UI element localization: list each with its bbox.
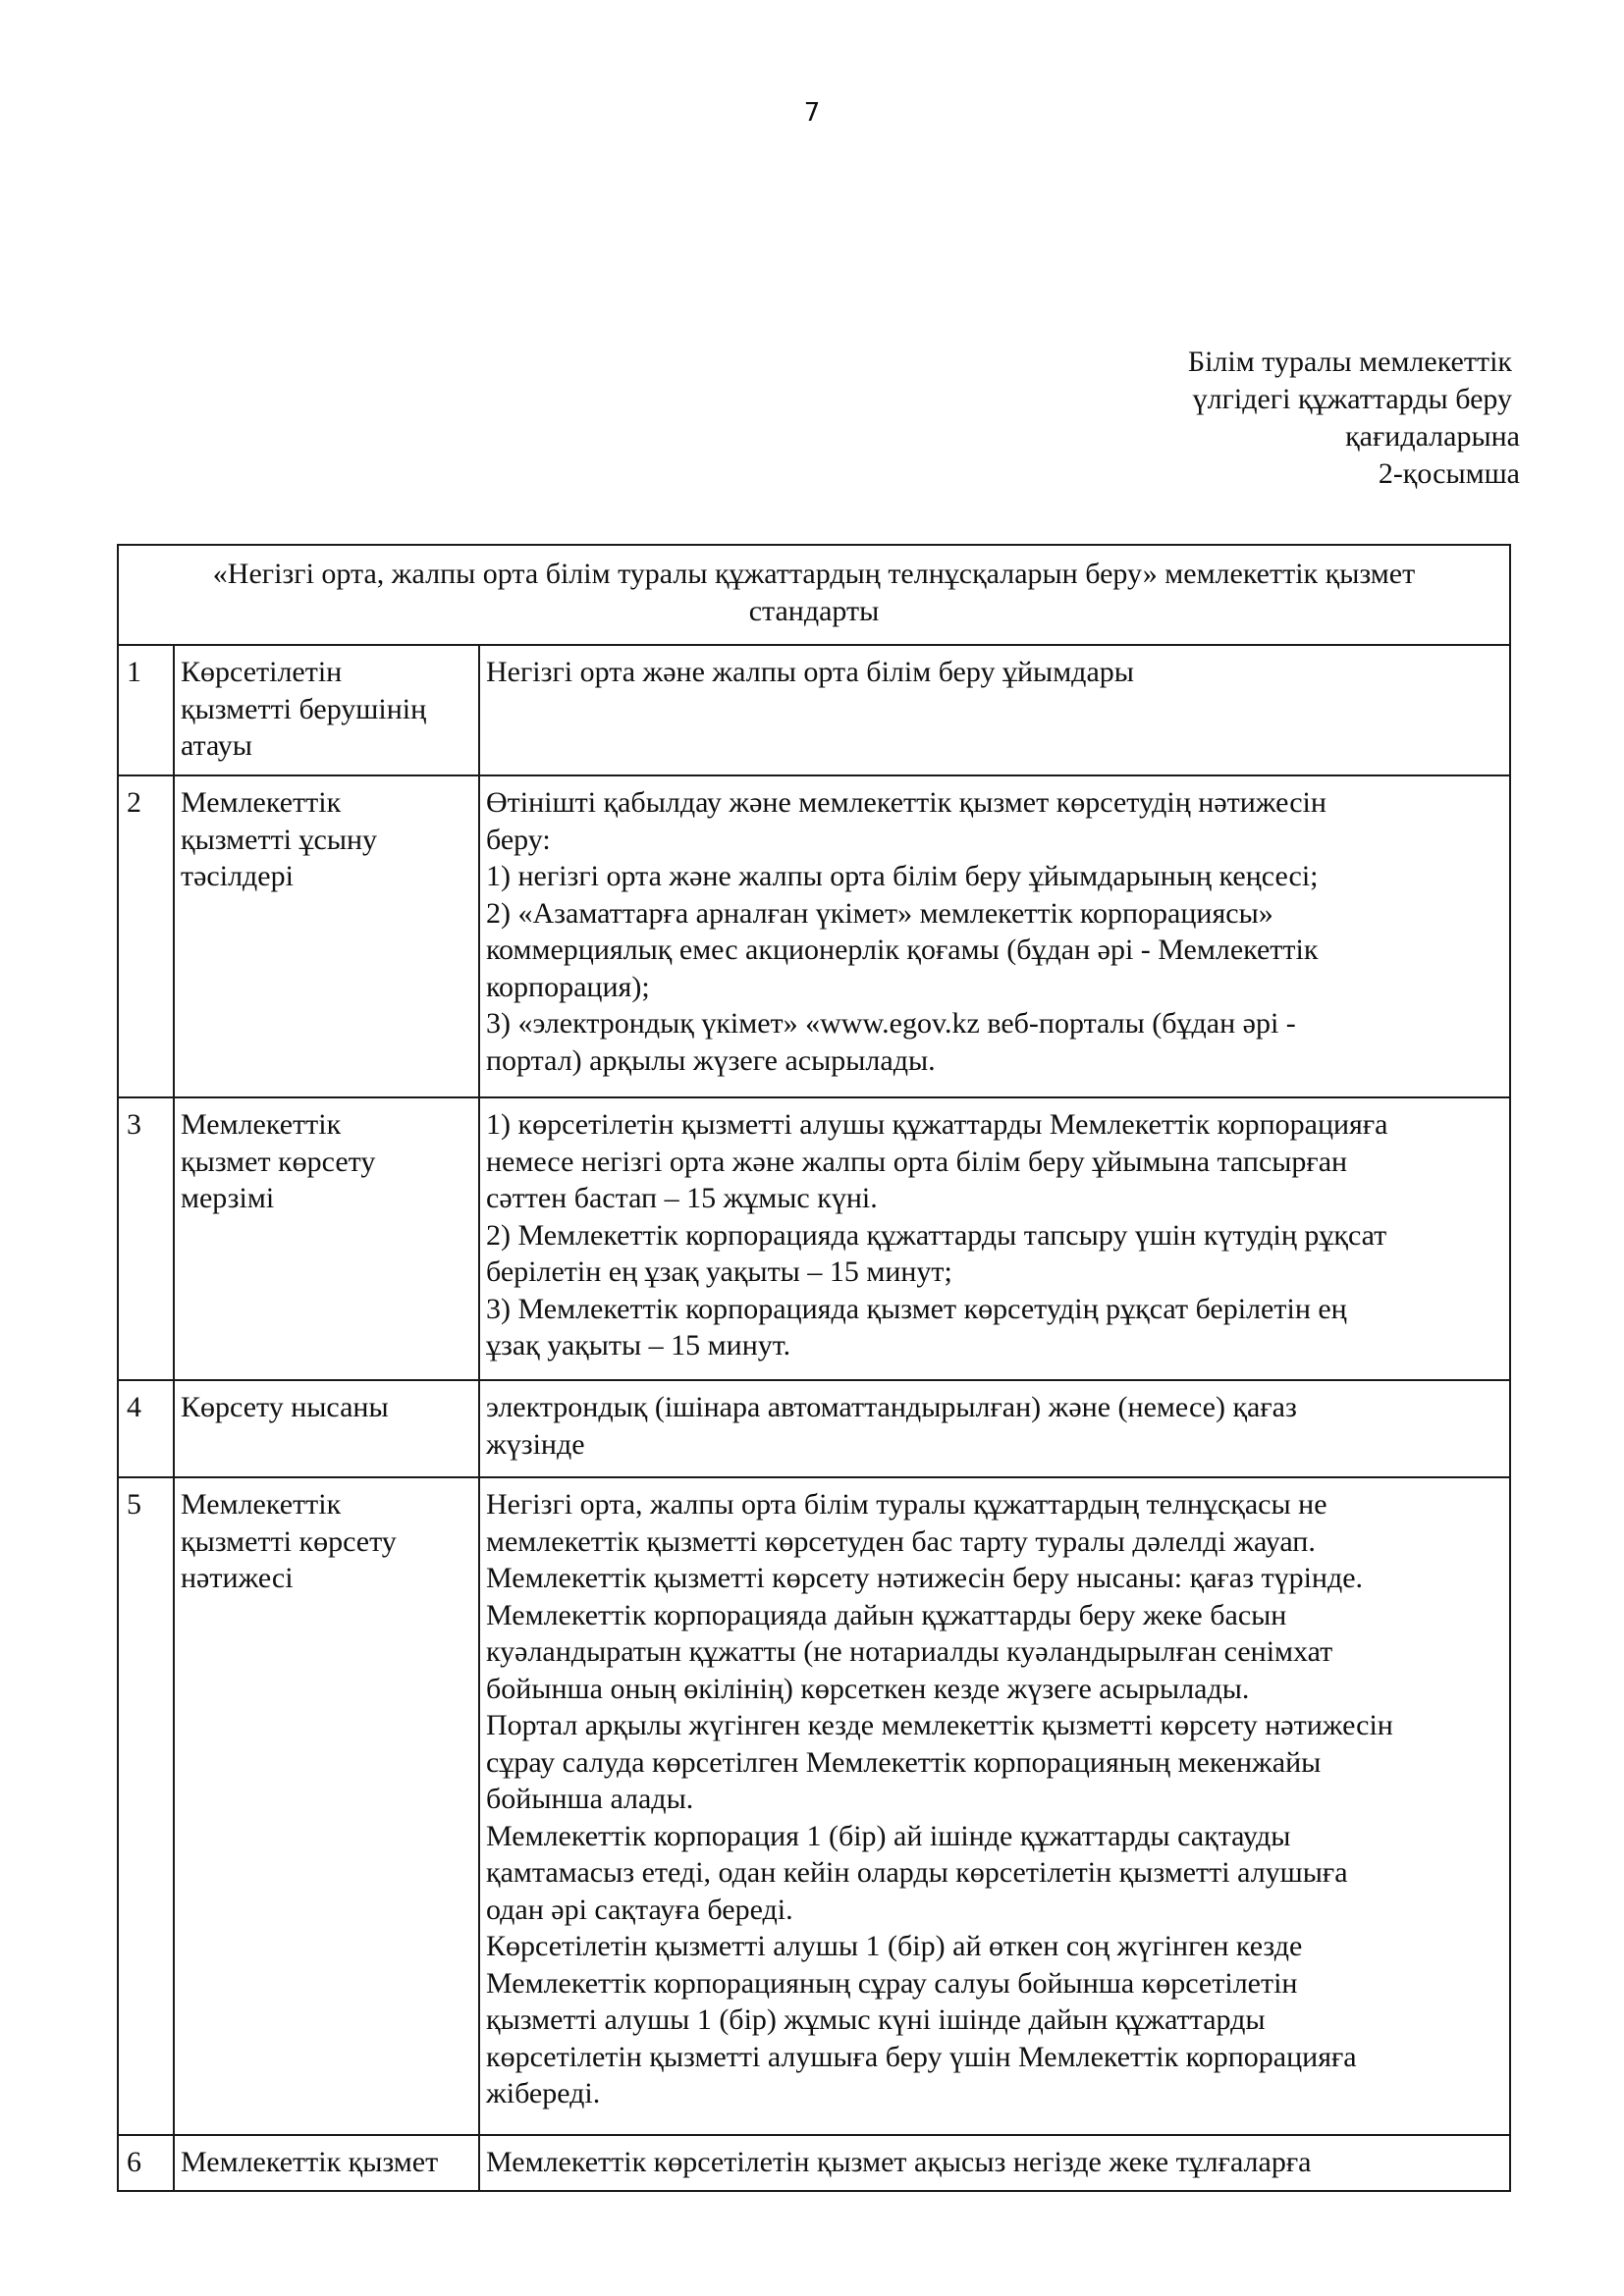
annex-line: Білім туралы мемлекеттік (931, 344, 1512, 381)
row-value-line: сәттен бастап – 15 жұмыс күні. (486, 1180, 1503, 1217)
row-label-line: Көрсетілетін (181, 654, 472, 691)
row-value: Мемлекеттік көрсетілетін қызмет ақысыз н… (479, 2135, 1510, 2191)
row-value: Өтінішті қабылдау және мемлекеттік қызме… (479, 775, 1510, 1097)
row-value-line: Негізгі орта және жалпы орта білім беру … (486, 654, 1503, 691)
row-value-line: бойынша оның өкілінің) көрсеткен кезде ж… (486, 1671, 1503, 1708)
table-title: «Негізгі орта, жалпы орта білім туралы қ… (118, 545, 1510, 645)
row-value: 1) көрсетілетін қызметті алушы құжаттард… (479, 1097, 1510, 1380)
row-value: Негізгі орта, жалпы орта білім туралы құ… (479, 1477, 1510, 2135)
row-value-line: немесе негізгі орта және жалпы орта білі… (486, 1144, 1503, 1181)
row-value-line: ұзақ уақыты – 15 минут. (486, 1327, 1503, 1364)
row-label-line: қызметті ұсыну (181, 822, 472, 859)
row-value-line: 1) негізгі орта және жалпы орта білім бе… (486, 858, 1503, 895)
row-value-line: 3) Мемлекеттік корпорацияда қызмет көрсе… (486, 1291, 1503, 1328)
table-row: 3Мемлекеттікқызмет көрсетумерзімі1) көрс… (118, 1097, 1510, 1380)
row-label-line: Мемлекеттік (181, 1106, 472, 1144)
annex-line: үлгідегі құжаттарды беру (931, 381, 1512, 418)
row-value-line: коммерциялық емес акционерлік қоғамы (бұ… (486, 932, 1503, 969)
row-label: Көрсету нысаны (174, 1380, 479, 1477)
row-number: 4 (118, 1380, 174, 1477)
row-label-line: атауы (181, 727, 472, 765)
row-value-line: мемлекеттік қызметті көрсетуден бас тарт… (486, 1523, 1503, 1561)
row-value-line: сұрау салуда көрсетілген Мемлекеттік кор… (486, 1744, 1503, 1782)
row-value: Негізгі орта және жалпы орта білім беру … (479, 645, 1510, 775)
row-label-line: мерзімі (181, 1180, 472, 1217)
row-label: Көрсетілетінқызметті берушініңатауы (174, 645, 479, 775)
table-title-line: «Негізгі орта, жалпы орта білім туралы қ… (131, 556, 1497, 593)
row-value-line: қамтамасыз етеді, одан кейін оларды көрс… (486, 1854, 1503, 1892)
row-number: 3 (118, 1097, 174, 1380)
row-value-line: Мемлекеттік корпорацияда дайын құжаттард… (486, 1597, 1503, 1634)
row-value-line: 2) Мемлекеттік корпорацияда құжаттарды т… (486, 1217, 1503, 1255)
row-value-line: одан әрі сақтауға береді. (486, 1892, 1503, 1929)
row-label-line: Мемлекеттік (181, 1486, 472, 1523)
row-value-line: бойынша алады. (486, 1781, 1503, 1818)
row-label-line: Мемлекеттік (181, 784, 472, 822)
row-number: 1 (118, 645, 174, 775)
row-value-line: жібереді. (486, 2075, 1503, 2112)
row-label-line: Мемлекеттік қызмет (181, 2144, 472, 2181)
annex-line: 2-қосымша (931, 455, 1520, 493)
row-value-line: көрсетілетін қызметті алушыға беру үшін … (486, 2039, 1503, 2076)
row-value-line: Негізгі орта, жалпы орта білім туралы құ… (486, 1486, 1503, 1523)
row-label: Мемлекеттік қызмет (174, 2135, 479, 2191)
row-value-line: электрондық (ішінара автоматтандырылған)… (486, 1389, 1503, 1426)
table-row: 2Мемлекеттікқызметті ұсынутәсілдеріӨтіні… (118, 775, 1510, 1097)
row-value-line: Мемлекеттік қызметті көрсету нәтижесін б… (486, 1560, 1503, 1597)
row-number: 5 (118, 1477, 174, 2135)
annex-reference: Білім туралы мемлекеттік үлгідегі құжатт… (931, 344, 1520, 493)
row-value-line: Өтінішті қабылдау және мемлекеттік қызме… (486, 784, 1503, 822)
service-standard-table: «Негізгі орта, жалпы орта білім туралы қ… (117, 544, 1511, 2192)
row-value-line: Мемлекеттік корпорацияның сұрау салуы бо… (486, 1965, 1503, 2002)
row-label-line: қызмет көрсету (181, 1144, 472, 1181)
row-number: 6 (118, 2135, 174, 2191)
row-value-line: Мемлекеттік көрсетілетін қызмет ақысыз н… (486, 2144, 1503, 2181)
row-label-line: тәсілдері (181, 858, 472, 895)
row-value-line: жүзінде (486, 1426, 1503, 1464)
row-label-line: қызметті берушінің (181, 691, 472, 728)
table-row: 5Мемлекеттікқызметті көрсетунәтижесіНегі… (118, 1477, 1510, 2135)
row-label-line: Көрсету нысаны (181, 1389, 472, 1426)
row-value-line: Көрсетілетін қызметті алушы 1 (бір) ай ө… (486, 1928, 1503, 1965)
row-value-line: 1) көрсетілетін қызметті алушы құжаттард… (486, 1106, 1503, 1144)
row-value-line: 2) «Азаматтарға арналған үкімет» мемлеке… (486, 895, 1503, 933)
row-value: электрондық (ішінара автоматтандырылған)… (479, 1380, 1510, 1477)
page-number: 7 (0, 98, 1624, 128)
table-title-line: стандарты (131, 593, 1497, 630)
row-label-line: нәтижесі (181, 1560, 472, 1597)
table-title-row: «Негізгі орта, жалпы орта білім туралы қ… (118, 545, 1510, 645)
row-value-line: беру: (486, 822, 1503, 859)
row-value-line: 3) «электрондық үкімет» «www.egov.kz веб… (486, 1005, 1503, 1042)
row-value-line: куәландыратын құжатты (не нотариалды куә… (486, 1633, 1503, 1671)
table-row: 4Көрсету нысаныэлектрондық (ішінара авто… (118, 1380, 1510, 1477)
row-value-line: корпорация); (486, 969, 1503, 1006)
row-label: Мемлекеттікқызметті ұсынутәсілдері (174, 775, 479, 1097)
row-value-line: Мемлекеттік корпорация 1 (бір) ай ішінде… (486, 1818, 1503, 1855)
table-row: 1Көрсетілетінқызметті берушініңатауыНегі… (118, 645, 1510, 775)
row-label: Мемлекеттікқызметті көрсетунәтижесі (174, 1477, 479, 2135)
annex-line: қағидаларына (931, 418, 1520, 455)
row-value-line: қызметті алушы 1 (бір) жұмыс күні ішінде… (486, 2002, 1503, 2039)
row-label: Мемлекеттікқызмет көрсетумерзімі (174, 1097, 479, 1380)
row-number: 2 (118, 775, 174, 1097)
row-value-line: Портал арқылы жүгінген кезде мемлекеттік… (486, 1707, 1503, 1744)
row-value-line: портал) арқылы жүзеге асырылады. (486, 1042, 1503, 1080)
row-label-line: қызметті көрсету (181, 1523, 472, 1561)
table-row: 6Мемлекеттік қызметМемлекеттік көрсетіле… (118, 2135, 1510, 2191)
row-value-line: берілетін ең ұзақ уақыты – 15 минут; (486, 1254, 1503, 1291)
